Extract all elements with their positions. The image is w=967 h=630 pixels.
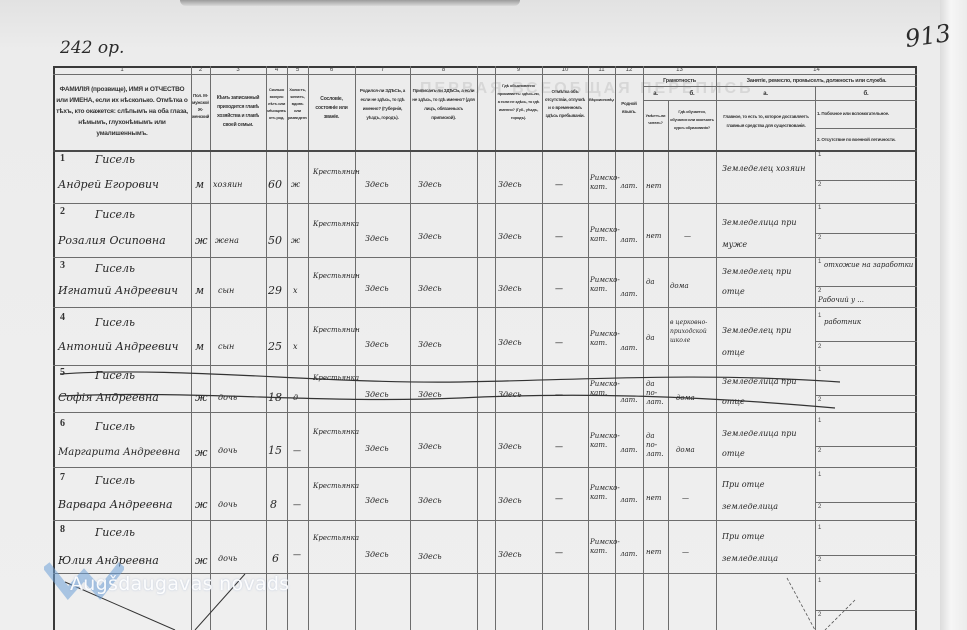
column-number: 14: [716, 67, 917, 73]
given-name: Варвара Андреевна: [58, 498, 173, 512]
surname: Гисель: [95, 474, 135, 488]
column-number: 7: [355, 67, 410, 73]
registered: Здесь: [418, 232, 442, 242]
row-number: 4: [60, 312, 65, 323]
birthplace: Здесь: [365, 340, 389, 350]
column-number: 6: [308, 67, 355, 73]
main-occupation: При отце земледелица: [722, 474, 812, 518]
sex: м: [195, 284, 204, 298]
literacy: нет: [646, 494, 661, 503]
page-edge: [940, 0, 967, 630]
main-occupation: Земледелица при муже: [722, 212, 812, 256]
relation: сын: [218, 342, 234, 352]
estate: Крестьянин: [313, 272, 353, 281]
religion: Римско-кат.: [590, 226, 614, 244]
language: лат.: [620, 496, 638, 505]
birthplace: Здесь: [365, 180, 389, 190]
literacy: да: [646, 278, 655, 287]
watermark-text: Augšdaugavas novads: [70, 573, 290, 595]
sex: ж: [195, 234, 208, 248]
column-number: 9: [495, 67, 542, 73]
literacy: да: [646, 334, 655, 343]
header-literacy-a-letter: а.: [643, 90, 668, 98]
sub-label: 2: [818, 288, 821, 294]
religion: Римско-кат.: [590, 174, 614, 192]
residence: Здесь: [498, 232, 522, 242]
column-number: 8: [410, 67, 477, 73]
sub-label: 1: [818, 472, 821, 478]
given-name: Маргарита Андреевна: [58, 446, 180, 460]
column-number: 4: [266, 67, 287, 73]
row-divider: [53, 307, 917, 308]
absence: —: [555, 180, 563, 190]
sub-label: 2: [818, 182, 821, 188]
column-number: 3: [210, 67, 266, 73]
language: лат.: [620, 290, 638, 299]
education: дома: [670, 282, 689, 291]
marital-status: —: [293, 446, 301, 456]
marital-status: ж: [291, 180, 300, 190]
sub-row-divider: [815, 502, 917, 503]
religion: Римско-кат.: [590, 276, 614, 294]
sub-label: 2: [818, 344, 821, 350]
relation: дочь: [218, 554, 237, 564]
header-religion: Вѣроисповѣданіе.: [589, 96, 614, 104]
birthplace: Здесь: [365, 284, 389, 294]
row-divider: [643, 100, 917, 101]
religion: Римско-кат.: [590, 432, 614, 450]
literacy: нет: [646, 548, 661, 557]
registered: Здесь: [418, 552, 442, 562]
sex: ж: [195, 554, 208, 568]
given-name: Антоний Андреевич: [58, 340, 178, 354]
relation: хозяин: [213, 180, 242, 190]
absence: —: [555, 232, 563, 242]
row-number: 2: [60, 206, 65, 217]
column-number: 1: [53, 67, 191, 73]
birthplace: Здесь: [365, 550, 389, 560]
estate: Крестьянка: [313, 428, 353, 437]
header-marital: Холостъ, женатъ, вдовъ или разведенъ.: [288, 86, 307, 121]
header-education: Гдѣ обучается, обучался или окончилъ кур…: [670, 108, 714, 132]
age: 15: [268, 444, 282, 458]
education: —: [682, 494, 689, 503]
estate: Крестьянин: [313, 168, 353, 177]
education: —: [682, 548, 689, 557]
registered: Здесь: [418, 496, 442, 506]
archive-note: 242 ор.: [60, 38, 124, 58]
sub-label: 1: [818, 259, 821, 265]
row-divider: [643, 86, 917, 87]
sub-row-divider: [815, 446, 917, 447]
strikethrough-lines: [60, 362, 840, 412]
absence: —: [555, 494, 563, 504]
header-sex: Пол. М-мужской. Ж-женский.: [192, 92, 209, 120]
language: лат.: [620, 236, 638, 245]
estate: Крестьянка: [313, 534, 353, 543]
age: 6: [272, 552, 279, 566]
header-bottom: [53, 150, 917, 152]
header-registered: Приписанъ-ли ЗДѢСЬ, а если не здѣсь, то …: [412, 86, 475, 122]
residence: Здесь: [498, 284, 522, 294]
registered: Здесь: [418, 442, 442, 452]
relation: дочь: [218, 500, 237, 510]
row-number: 7: [60, 472, 65, 483]
language: лат.: [620, 550, 638, 559]
column-number: 11: [588, 67, 615, 73]
header-occupation-b-letter: б.: [815, 90, 917, 98]
residence: Здесь: [498, 442, 522, 452]
row-divider: [53, 203, 917, 204]
sex: м: [195, 340, 204, 354]
row-number: 3: [60, 260, 65, 271]
registered: Здесь: [418, 180, 442, 190]
column-number: 12: [615, 67, 643, 73]
surname: Гисель: [95, 262, 135, 276]
estate: Крестьянка: [313, 220, 353, 229]
row-divider: [815, 128, 917, 129]
given-name: Игнатий Андреевич: [58, 284, 178, 298]
side-occupation: работник: [824, 318, 861, 327]
surname: Гисель: [95, 316, 135, 330]
relation: дочь: [218, 446, 237, 456]
marital-status: х: [293, 342, 298, 352]
row-divider: [53, 467, 917, 468]
sub-row-divider: [815, 233, 917, 234]
header-age: Сколько минуло лѣтъ или мѣсяцевъ отъ род…: [267, 86, 286, 121]
military-status: Рабочий у ...: [818, 296, 864, 305]
sub-label: 1: [818, 205, 821, 211]
given-name: Розалия Осиповна: [58, 234, 166, 248]
sex: ж: [195, 498, 208, 512]
marital-status: —: [293, 500, 301, 510]
registered: Здесь: [418, 284, 442, 294]
main-occupation: Земледелица при отце: [722, 424, 812, 464]
row-number: 6: [60, 418, 65, 429]
row-divider: [53, 74, 917, 75]
header-birthplace: Родился-ли ЗДѢСЬ, а если не здѣсь, то гд…: [357, 86, 408, 122]
religion: Римско-кат.: [590, 538, 614, 556]
column-number: 5: [287, 67, 308, 73]
sub-row-divider: [815, 180, 917, 181]
side-occupation: отхожие на заработки: [824, 261, 914, 270]
absence: —: [555, 548, 563, 558]
sub-label: 1: [818, 525, 821, 531]
marital-status: х: [293, 286, 298, 296]
relation: сын: [218, 286, 234, 296]
column-number: 10: [542, 67, 588, 73]
main-occupation: Земледелец при отце: [722, 262, 812, 302]
age: 50: [268, 234, 282, 248]
header-can-read: Умѣетъ-ли читать?: [644, 112, 667, 126]
given-name: Андрей Егорович: [58, 178, 159, 192]
relation: жена: [215, 236, 239, 246]
surname: Гисель: [95, 420, 135, 434]
sub-label: 1: [818, 418, 821, 424]
header-literacy: Грамотность: [643, 77, 716, 85]
header-main-occupation: Главное, то есть то, которое доставляетъ…: [720, 112, 812, 130]
sub-label: 2: [818, 448, 821, 454]
absence: —: [555, 284, 563, 294]
absence: —: [555, 338, 563, 348]
sub-row-divider: [815, 341, 917, 342]
birthplace: Здесь: [365, 496, 389, 506]
header-side-occupation: 1. Побочное или вспомогательное.: [817, 110, 915, 118]
row-number: 8: [60, 524, 65, 535]
language: лат.: [620, 344, 638, 353]
header-relation: Кѣмъ записанный приходится главѣ хозяйст…: [212, 94, 264, 130]
sex: м: [195, 178, 204, 192]
row-divider: [53, 257, 917, 258]
header-residence: Гдѣ обыкновенно проживаетъ: здѣсь-ли, а …: [497, 82, 540, 122]
birthplace: Здесь: [365, 234, 389, 244]
residence: Здесь: [498, 338, 522, 348]
main-occupation: Земледелец при отце: [722, 320, 812, 364]
literacy: да по-лат.: [646, 432, 666, 459]
header-literacy-b-letter: б.: [668, 90, 716, 98]
estate: Крестьянка: [313, 482, 353, 491]
residence: Здесь: [498, 550, 522, 560]
marital-status: ж: [291, 236, 300, 246]
surname: Гисель: [95, 153, 135, 167]
column-number: 13: [643, 67, 716, 73]
sex: ж: [195, 446, 208, 460]
religion: Римско-кат.: [590, 484, 614, 502]
education: —: [684, 232, 691, 241]
binding-shadow: [180, 0, 520, 6]
religion: Римско-кат.: [590, 330, 614, 348]
birthplace: Здесь: [365, 444, 389, 454]
education: дома: [676, 446, 695, 455]
age: 29: [268, 284, 282, 298]
header-military: 2. Отсутствие по военной летичности.: [817, 136, 915, 144]
header-language: Родной языкъ.: [616, 100, 642, 116]
marital-status: —: [293, 550, 301, 560]
literacy: нет: [646, 232, 661, 241]
surname: Гисель: [95, 208, 135, 222]
absence: —: [555, 442, 563, 452]
row-divider: [53, 520, 917, 521]
header-occupation: Занятіе, ремесло, промыселъ, должность и…: [716, 77, 917, 85]
language: лат.: [620, 182, 638, 191]
age: 8: [270, 498, 277, 512]
row-number: 1: [60, 153, 65, 164]
residence: Здесь: [498, 496, 522, 506]
sub-row-divider: [815, 555, 917, 556]
sub-label: 2: [818, 235, 821, 241]
header-absence: Отмѣтка объ отсутствіи, отлучкѣ и о врем…: [544, 88, 586, 120]
education: в церковно-приходской школе: [670, 318, 714, 345]
sub-label: 1: [818, 152, 821, 158]
main-occupation: Земледелец хозяин: [722, 158, 812, 180]
column-number: 2: [191, 67, 210, 73]
header-name: ФАМИЛІЯ (прозвище), ИМЯ и ОТЧЕСТВО или И…: [56, 84, 188, 139]
age: 25: [268, 340, 282, 354]
header-occupation-a-letter: а.: [716, 90, 815, 98]
age: 60: [268, 178, 282, 192]
sub-label: 1: [818, 313, 821, 319]
sub-label: 2: [818, 504, 821, 510]
surname: Гисель: [95, 526, 135, 540]
registered: Здесь: [418, 340, 442, 350]
estate: Крестьянин: [313, 326, 353, 335]
sub-row-divider: [815, 286, 917, 287]
row-divider: [53, 412, 917, 413]
header-estate: Сословіе, состояніе или званіе.: [310, 95, 353, 122]
literacy: нет: [646, 182, 661, 191]
sub-label: 2: [818, 557, 821, 563]
language: лат.: [620, 446, 638, 455]
main-occupation: При отце земледелица: [722, 526, 812, 570]
col-divider: [815, 86, 816, 630]
residence: Здесь: [498, 180, 522, 190]
